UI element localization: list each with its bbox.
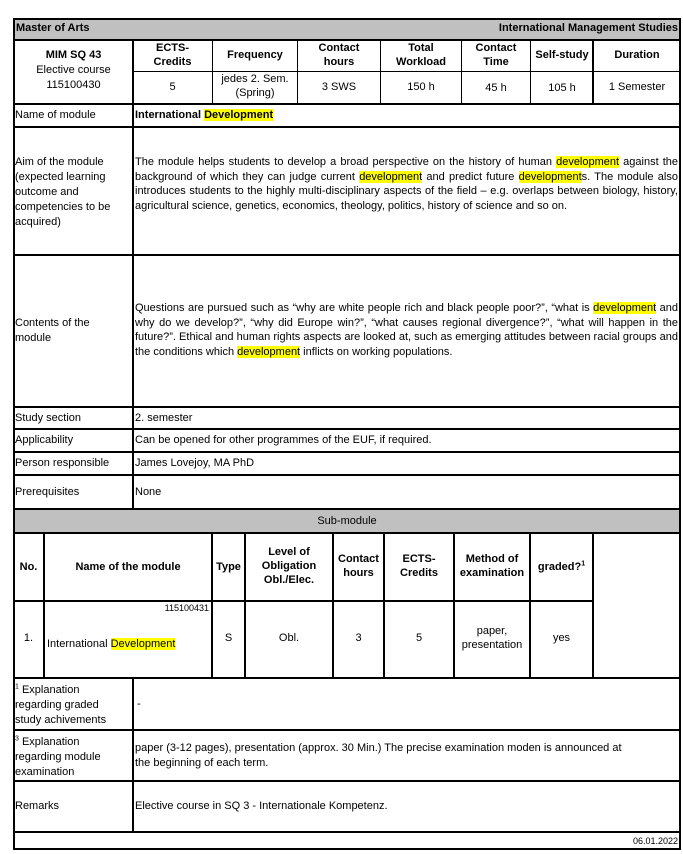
aim-label: Aim of the module (expected learning out… (15, 155, 132, 230)
highlighted-term: development (519, 171, 582, 183)
department-title: International Management Studies (499, 22, 678, 35)
remarks-value: Elective course in SQ 3 - Internationale… (135, 800, 388, 813)
person-responsible-value: James Lovejoy, MA PhD (135, 457, 254, 470)
info-value-contact-time: 45 h (462, 82, 530, 95)
applicability-value: Can be opened for other programmes of th… (135, 434, 432, 447)
study-section-value: 2. semester (135, 412, 192, 425)
sub-header-type: Type (213, 561, 244, 574)
info-value-total-workload: 150 h (381, 81, 461, 94)
module-number: 115100430 (15, 79, 132, 92)
sub-header-name: Name of the module (45, 561, 211, 574)
graded-explanation-value: - (137, 698, 141, 711)
sub-row-contact: 3 (334, 632, 383, 645)
highlighted-term: development (593, 302, 656, 314)
contents-text: Questions are pursued such as “why are w… (135, 301, 678, 359)
remarks-label: Remarks (15, 800, 59, 813)
highlighted-term: development (237, 346, 300, 358)
sub-row-ects: 5 (385, 632, 453, 645)
prerequisites-value: None (135, 486, 161, 499)
exam-explanation-label: 3 Explanation regarding module examinati… (15, 735, 132, 780)
submodule-title: Sub-module (14, 515, 680, 528)
contents-label: Contents of the module (15, 316, 132, 346)
info-header-self-study: Self-study (531, 49, 593, 62)
document-date: 06.01.2022 (633, 835, 678, 847)
info-value-duration: 1 Semester (594, 81, 680, 94)
study-section-label: Study section (15, 412, 81, 425)
applicability-label: Applicability (15, 434, 73, 447)
module-code: MIM SQ 43 (15, 49, 132, 62)
module-name-value: International Development (135, 109, 273, 122)
aim-text: The module helps students to develop a b… (135, 155, 678, 213)
info-header-duration: Duration (594, 49, 680, 62)
name-of-module-label: Name of module (15, 109, 96, 122)
info-value-self-study: 105 h (531, 82, 593, 95)
program-title: Master of Arts (16, 22, 90, 35)
sub-row-no: 1. (14, 632, 43, 645)
info-header-frequency: Frequency (213, 49, 297, 62)
person-responsible-label: Person responsible (15, 457, 109, 470)
graded-explanation-label: 1 Explanation regarding graded study ach… (15, 683, 132, 728)
prerequisites-label: Prerequisites (15, 486, 79, 499)
sub-header-graded: graded?1 (531, 561, 592, 574)
sub-header-no: No. (14, 561, 43, 574)
info-value-contact-hours: 3 SWS (298, 81, 380, 94)
highlighted-term: development (556, 156, 619, 168)
module-type-line: Elective course (15, 64, 132, 77)
info-value-ects: 5 (133, 81, 212, 94)
sub-row-level: Obl. (246, 632, 332, 645)
sub-row-graded: yes (531, 632, 592, 645)
highlighted-term: development (359, 171, 422, 183)
sub-row-code: 115100431 (45, 603, 209, 613)
sub-row-type: S (213, 632, 244, 645)
sub-row-name: International Development (47, 638, 175, 651)
